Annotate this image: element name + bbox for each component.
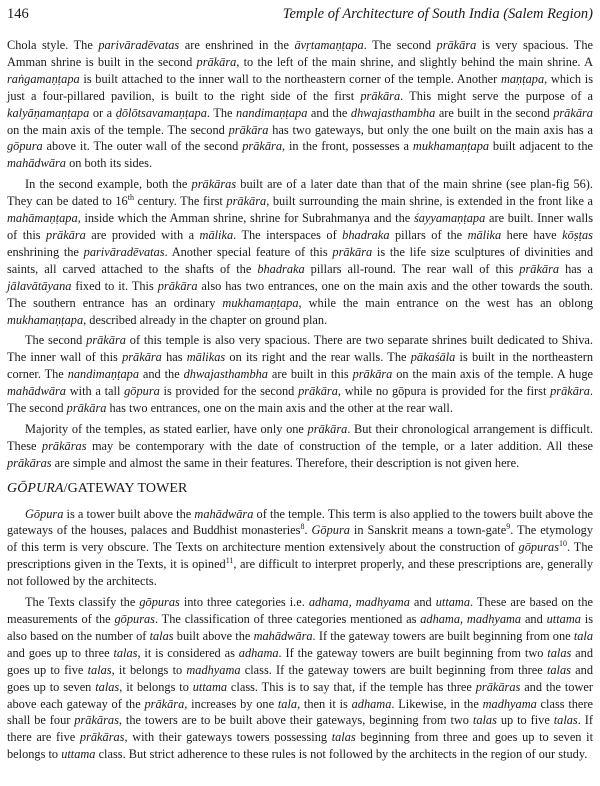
text-run: . If the gateway towers are built beginn… <box>279 646 548 660</box>
paragraph: The second prākāra of this temple is als… <box>7 332 593 417</box>
text-run: up to five <box>497 713 554 727</box>
italic-term: bhadraka <box>257 262 304 276</box>
text-run: is a tower built above the <box>63 507 194 521</box>
italic-term: prākāras <box>476 680 521 694</box>
italic-term: mahāmaṇṭapa <box>7 211 78 225</box>
text-run: class. If the gateway towers are built b… <box>241 663 547 677</box>
text-run: enshrining the <box>7 245 84 259</box>
text-run: , increases by one <box>184 697 278 711</box>
text-run: , built surrounding the main shrine, is … <box>266 194 593 208</box>
italic-term: maṇṭapa <box>501 72 544 86</box>
text-run: . The classification of three categories… <box>155 612 420 626</box>
italic-term: prākāra <box>437 38 477 52</box>
italic-term: prākāra <box>144 697 184 711</box>
italic-term: uttama <box>61 747 95 761</box>
text-run: . The second <box>364 38 437 52</box>
italic-term: prākāra <box>86 333 126 347</box>
italic-term: prākāra <box>197 55 237 69</box>
text-run: , to the left of the main shrine, and sl… <box>236 55 593 69</box>
italic-term: dhwajasthambha <box>184 367 268 381</box>
text-run: class. This is to say that, if the templ… <box>227 680 476 694</box>
text-run: on both its sides. <box>66 156 152 170</box>
italic-term: talas <box>473 713 497 727</box>
text-run: . <box>304 523 311 537</box>
italic-term: uttama <box>193 680 227 694</box>
italic-term: raṅgamaṇṭapa <box>7 72 80 86</box>
italic-term: prākāra <box>46 228 86 242</box>
text-run: , described already in the chapter on gr… <box>83 313 327 327</box>
italic-term: mālika <box>468 228 502 242</box>
text-run: Majority of the temples, as stated earli… <box>25 422 308 436</box>
italic-term: prākāras <box>7 456 52 470</box>
italic-term: jālavātāyana <box>7 279 71 293</box>
text-run: pillars of the <box>390 228 468 242</box>
book-page: 146 Temple of Architecture of South Indi… <box>0 0 600 786</box>
italic-term: uttama <box>547 612 581 626</box>
italic-term: prākāra <box>122 350 162 364</box>
italic-term: mahādwāra <box>7 156 66 170</box>
italic-term: mukhamaṇṭapa <box>413 139 489 153</box>
text-run: with a tall <box>66 384 124 398</box>
italic-term: Gōpura <box>312 523 350 537</box>
italic-term: mālikas <box>187 350 225 364</box>
text-run: , in the front, possesses a <box>282 139 413 153</box>
italic-term: prākāra <box>226 194 266 208</box>
text-run: above it. The outer wall of the second <box>43 139 243 153</box>
italic-term: Gōpura <box>25 507 63 521</box>
italic-term: dhwajasthambha <box>351 106 435 120</box>
page-body: Chola style. The parivāradēvatas are ens… <box>7 37 593 763</box>
text-run: may be contemporary with the date of con… <box>87 439 594 453</box>
text-run: are enshrined in the <box>179 38 294 52</box>
footnote-ref: 10 <box>559 539 567 548</box>
text-run: are simple and almost the same in their … <box>52 456 520 470</box>
italic-term: adhama <box>239 646 279 660</box>
italic-term: prākāra <box>242 139 282 153</box>
italic-term: mukhamaṇṭapa <box>222 296 298 310</box>
text-run: on its right and the rear walls. The <box>225 350 411 364</box>
text-run: is built attached to the inner wall to t… <box>80 72 501 86</box>
italic-term: prākāra <box>308 422 348 436</box>
text-run: and <box>521 612 547 626</box>
text-run: on the main axis of the temple. A huge <box>392 367 593 381</box>
italic-term: madhyama <box>186 663 240 677</box>
italic-term: tala <box>574 629 593 643</box>
text-run: built adjacent to the <box>489 139 593 153</box>
text-run: has <box>162 350 187 364</box>
italic-term: prākāras <box>192 177 237 191</box>
italic-term: prākāra <box>298 384 338 398</box>
text-run: has two gateways, but only the one built… <box>268 123 593 137</box>
paragraph-group: Chola style. The parivāradēvatas are ens… <box>7 37 593 472</box>
italic-term: kalyāṇamaṇṭapa <box>7 106 89 120</box>
text-run: and <box>410 595 436 609</box>
text-run: , while the main entrance on the west ha… <box>299 296 593 310</box>
italic-term: mahādwāra <box>7 384 66 398</box>
text-run: or a <box>89 106 115 120</box>
italic-term: talas <box>554 713 578 727</box>
text-run: into three categories i.e. <box>180 595 309 609</box>
text-run: pillars all-round. The rear wall of this <box>305 262 520 276</box>
italic-term: prākāra <box>353 367 393 381</box>
italic-term: tala <box>278 697 297 711</box>
text-run: are built in this <box>268 367 353 381</box>
italic-term: uttama <box>436 595 470 609</box>
italic-term: prākāra <box>360 89 400 103</box>
italic-term: talas <box>95 680 119 694</box>
italic-term: prākāra <box>229 123 269 137</box>
running-title: Temple of Architecture of South India (S… <box>283 6 593 23</box>
italic-term: gōpura <box>7 139 43 153</box>
text-run: in Sanskrit means a town-gate <box>350 523 506 537</box>
italic-term: prākāra <box>67 401 107 415</box>
paragraph: Majority of the temples, as stated earli… <box>7 421 593 472</box>
text-run: and the <box>307 106 351 120</box>
text-run: is provided for the second <box>160 384 298 398</box>
section-paragraph-group: Gōpura is a tower built above the mahādw… <box>7 506 593 764</box>
text-run: Chola style. The <box>7 38 98 52</box>
text-run: are provided with a <box>86 228 200 242</box>
italic-term: gōpuras <box>139 595 179 609</box>
text-run: and goes up to three <box>7 646 113 660</box>
text-run: century. The first <box>134 194 226 208</box>
text-run: , with their gateways towers possessing <box>124 730 331 744</box>
italic-term: prākāra <box>550 384 590 398</box>
text-run: . This might serve the purpose of a <box>400 89 593 103</box>
paragraph: Chola style. The parivāradēvatas are ens… <box>7 37 593 172</box>
text-run: The second <box>25 333 86 347</box>
italic-term: prākāras <box>74 713 119 727</box>
running-header: 146 Temple of Architecture of South Indi… <box>7 6 593 28</box>
italic-term: talas <box>547 663 571 677</box>
text-run: , the towers are to be built above their… <box>119 713 473 727</box>
italic-term: mukhamaṇṭapa <box>7 313 83 327</box>
italic-term: ḍōlōtsavamaṇṭapa <box>116 106 207 120</box>
text-run: and the <box>139 367 184 381</box>
italic-term: parivāradēvatas <box>98 38 179 52</box>
italic-term: adhama <box>352 697 392 711</box>
text-run: has two entrances, one on the main axis … <box>106 401 453 415</box>
italic-term: talas <box>150 629 174 643</box>
paragraph: The Texts classify the gōpuras into thre… <box>7 594 593 763</box>
italic-term: prākāra <box>158 279 198 293</box>
section-heading-italic: GŌPURA <box>7 481 64 496</box>
text-run: . If the gateway towers are built beginn… <box>313 629 574 643</box>
text-run: , while no gōpura is provided for the fi… <box>338 384 550 398</box>
text-run: class. But strict adherence to these rul… <box>95 747 587 761</box>
text-run: has a <box>559 262 593 276</box>
text-run: . Another special feature of this <box>165 245 333 259</box>
italic-term: madhyama <box>483 697 537 711</box>
italic-term: parivāradēvatas <box>84 245 165 259</box>
italic-term: nandimaṇṭapa <box>68 367 139 381</box>
italic-term: mahādwāra <box>194 507 253 521</box>
italic-term: talas <box>113 646 137 660</box>
italic-term: gōpuras <box>115 612 155 626</box>
text-run: . Likewise, in the <box>391 697 482 711</box>
text-run: on the main axis of the temple. The seco… <box>7 123 229 137</box>
italic-term: adhama, madhyama <box>309 595 410 609</box>
text-run: The Texts classify the <box>25 595 139 609</box>
text-run: . The interspaces of <box>233 228 342 242</box>
page-number: 146 <box>7 6 29 23</box>
italic-term: prākāra <box>519 262 559 276</box>
italic-term: gōpuras <box>519 540 559 554</box>
italic-term: kōṣṭas <box>562 228 593 242</box>
italic-term: pākaśāla <box>411 350 456 364</box>
italic-term: gōpura <box>124 384 160 398</box>
text-run: , it belongs to <box>112 663 187 677</box>
paragraph: In the second example, both the prākāras… <box>7 176 593 328</box>
text-run: , then it is <box>297 697 352 711</box>
text-run: , it is considered as <box>137 646 238 660</box>
italic-term: prākāra <box>332 245 372 259</box>
text-run: are built in the second <box>435 106 553 120</box>
section-heading: GŌPURA/GATEWAY TOWER <box>7 481 593 498</box>
paragraph: Gōpura is a tower built above the mahādw… <box>7 506 593 591</box>
italic-term: prākāras <box>80 730 125 744</box>
italic-term: śayyamaṇṭapa <box>414 211 485 225</box>
italic-term: prākāras <box>42 439 87 453</box>
italic-term: prākāra <box>553 106 593 120</box>
text-run: fixed to it. This <box>71 279 157 293</box>
italic-term: āvṛtamaṇṭapa <box>294 38 363 52</box>
text-run: , it belongs to <box>119 680 193 694</box>
section-heading-rest: /GATEWAY TOWER <box>64 481 188 496</box>
italic-term: nandimaṇṭapa <box>236 106 307 120</box>
text-run: . The <box>207 106 236 120</box>
text-run: , inside which the Amman shrine, shrine … <box>78 211 414 225</box>
italic-term: mālika <box>200 228 234 242</box>
italic-term: adhama, madhyama <box>420 612 521 626</box>
text-run: built above the <box>174 629 254 643</box>
italic-term: bhadraka <box>342 228 389 242</box>
italic-term: talas <box>88 663 112 677</box>
italic-term: talas <box>547 646 571 660</box>
italic-term: mahādwāra <box>254 629 313 643</box>
text-run: here have <box>501 228 562 242</box>
text-run: In the second example, both the <box>25 177 192 191</box>
italic-term: talas <box>332 730 356 744</box>
